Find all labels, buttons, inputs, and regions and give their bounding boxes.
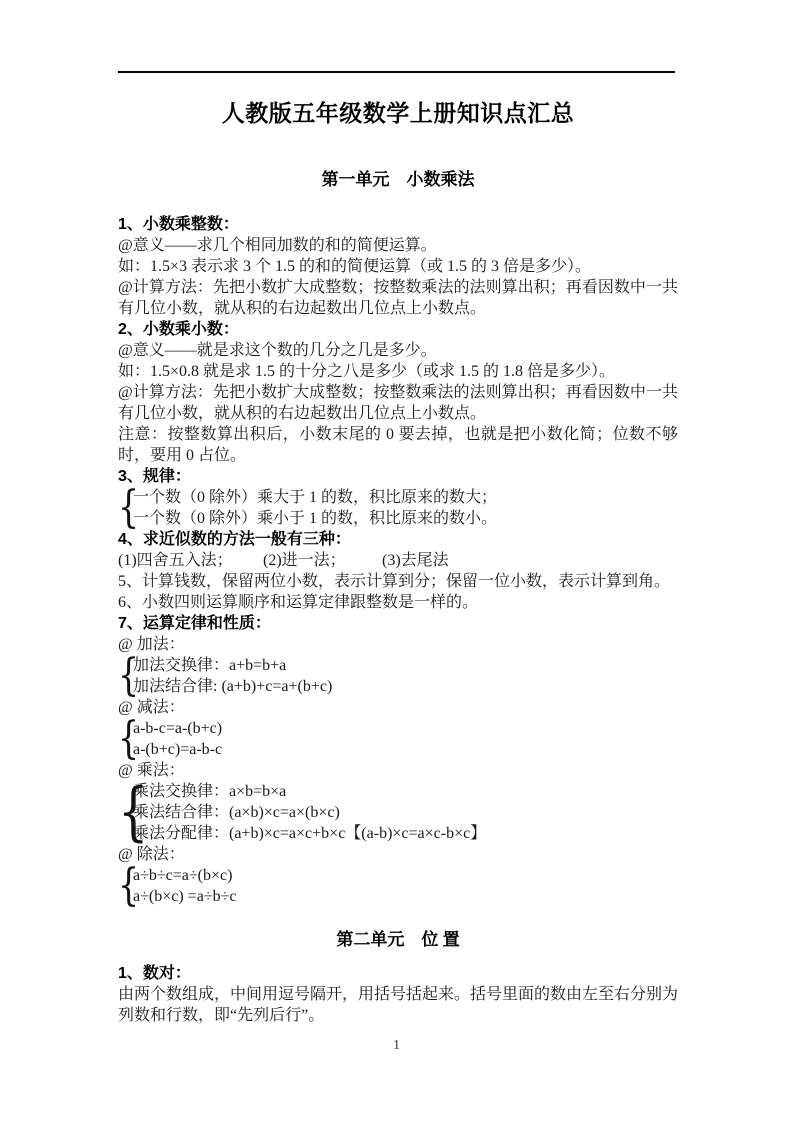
unit2-heading: 第二单元 位 置	[118, 929, 678, 951]
approx-method-3: (3)去尾法	[382, 552, 449, 569]
unit2-item1-head: 1、数对：	[118, 963, 678, 984]
left-brace-icon: {	[118, 781, 129, 844]
unit1-item2-example: 如：1.5×0.8 就是求 1.5 的十分之八是多少（或求 1.5 的 1.8 …	[118, 361, 678, 382]
unit1-item4-head: 4、求近似数的方法一般有三种：	[118, 529, 678, 550]
page-content: 人教版五年级数学上册知识点汇总 第一单元 小数乘法 1、小数乘整数： @意义——…	[118, 0, 678, 1026]
unit2-body: 1、数对： 由两个数组成，中间用逗号隔开，用括号括起来。括号里面的数由左至右分别…	[118, 963, 678, 1026]
left-brace-icon: {	[118, 655, 129, 697]
multiplication-law-2: 乘法结合律：(a×b)×c=a×(b×c)	[133, 802, 678, 823]
rule-line-2: 一个数（0 除外）乘小于 1 的数，积比原来的数小。	[133, 508, 678, 529]
unit1-item2-head: 2、小数乘小数：	[118, 319, 678, 340]
unit1-item1-method: @计算方法：先把小数扩大成整数；按整数乘法的法则算出积；再看因数中一共有几位小数…	[118, 277, 678, 319]
multiplication-head: @ 乘法：	[118, 760, 678, 781]
subtraction-lines: a-b-c=a-(b+c) a-(b+c)=a-b-c	[133, 718, 678, 760]
unit1-heading: 第一单元 小数乘法	[118, 169, 678, 191]
multiplication-law-3: 乘法分配律：(a+b)×c=a×c+b×c【(a-b)×c=a×c-b×c】	[133, 823, 678, 844]
addition-law-2: 加法结合律: (a+b)+c=a+(b+c)	[133, 676, 678, 697]
subtraction-head: @ 减法：	[118, 697, 678, 718]
division-brace-group: { a÷b÷c=a÷(b×c) a÷(b×c) =a÷b÷c	[118, 865, 678, 907]
unit1-item7-head: 7、运算定律和性质：	[118, 613, 678, 634]
rule-line-1: 一个数（0 除外）乘大于 1 的数，积比原来的数大；	[133, 487, 678, 508]
unit1-item3-head: 3、规律：	[118, 466, 678, 487]
unit1-item2-meaning: @意义——就是求这个数的几分之几是多少。	[118, 340, 678, 361]
division-head: @ 除法：	[118, 844, 678, 865]
approx-method-1: (1)四舍五入法；	[118, 550, 263, 571]
document-page: 人教版五年级数学上册知识点汇总 第一单元 小数乘法 1、小数乘整数： @意义——…	[0, 0, 793, 1122]
unit1-item1-meaning: @意义——求几个相同加数的和的简便运算。	[118, 235, 678, 256]
unit1-item5: 5、计算钱数，保留两位小数，表示计算到分；保留一位小数，表示计算到角。	[118, 571, 678, 592]
left-brace-icon: {	[118, 487, 129, 529]
rule-brace-group: { 一个数（0 除外）乘大于 1 的数，积比原来的数大； 一个数（0 除外）乘小…	[118, 487, 678, 529]
unit1-item1-example: 如：1.5×3 表示求 3 个 1.5 的和的简便运算（或 1.5 的 3 倍是…	[118, 256, 678, 277]
approx-methods-line: (1)四舍五入法；(2)进一法；(3)去尾法	[118, 550, 678, 571]
left-brace-icon: {	[118, 865, 129, 907]
division-lines: a÷b÷c=a÷(b×c) a÷(b×c) =a÷b÷c	[133, 865, 678, 907]
multiplication-law-1: 乘法交换律：a×b=b×a	[133, 781, 678, 802]
unit1-item2-method: @计算方法：先把小数扩大成整数；按整数乘法的法则算出积；再看因数中一共有几位小数…	[118, 382, 678, 424]
addition-brace-group: { 加法交换律：a+b=b+a 加法结合律: (a+b)+c=a+(b+c)	[118, 655, 678, 697]
page-number: 1	[0, 1038, 793, 1054]
unit1-item1-head: 1、小数乘整数：	[118, 214, 678, 235]
unit1-item2-note: 注意：按整数算出积后，小数末尾的 0 要去掉，也就是把小数化简；位数不够时，要用…	[118, 424, 678, 466]
multiplication-brace-group: { 乘法交换律：a×b=b×a 乘法结合律：(a×b)×c=a×(b×c) 乘法…	[118, 781, 678, 844]
subtraction-law-1: a-b-c=a-(b+c)	[133, 718, 678, 739]
division-law-2: a÷(b×c) =a÷b÷c	[133, 886, 678, 907]
left-brace-icon: {	[118, 718, 129, 760]
unit1-item6: 6、小数四则运算顺序和运算定律跟整数是一样的。	[118, 592, 678, 613]
division-law-1: a÷b÷c=a÷(b×c)	[133, 865, 678, 886]
unit1-body: 1、小数乘整数： @意义——求几个相同加数的和的简便运算。 如：1.5×3 表示…	[118, 214, 678, 907]
addition-head: @ 加法：	[118, 634, 678, 655]
subtraction-law-2: a-(b+c)=a-b-c	[133, 739, 678, 760]
addition-law-1: 加法交换律：a+b=b+a	[133, 655, 678, 676]
approx-method-2: (2)进一法；	[263, 550, 382, 571]
multiplication-lines: 乘法交换律：a×b=b×a 乘法结合律：(a×b)×c=a×(b×c) 乘法分配…	[133, 781, 678, 844]
unit2-item1-body: 由两个数组成，中间用逗号隔开，用括号括起来。括号里面的数由左至右分别为列数和行数…	[118, 984, 678, 1026]
rule-lines: 一个数（0 除外）乘大于 1 的数，积比原来的数大； 一个数（0 除外）乘小于 …	[133, 487, 678, 529]
subtraction-brace-group: { a-b-c=a-(b+c) a-(b+c)=a-b-c	[118, 718, 678, 760]
addition-lines: 加法交换律：a+b=b+a 加法结合律: (a+b)+c=a+(b+c)	[133, 655, 678, 697]
document-title: 人教版五年级数学上册知识点汇总	[118, 99, 678, 129]
